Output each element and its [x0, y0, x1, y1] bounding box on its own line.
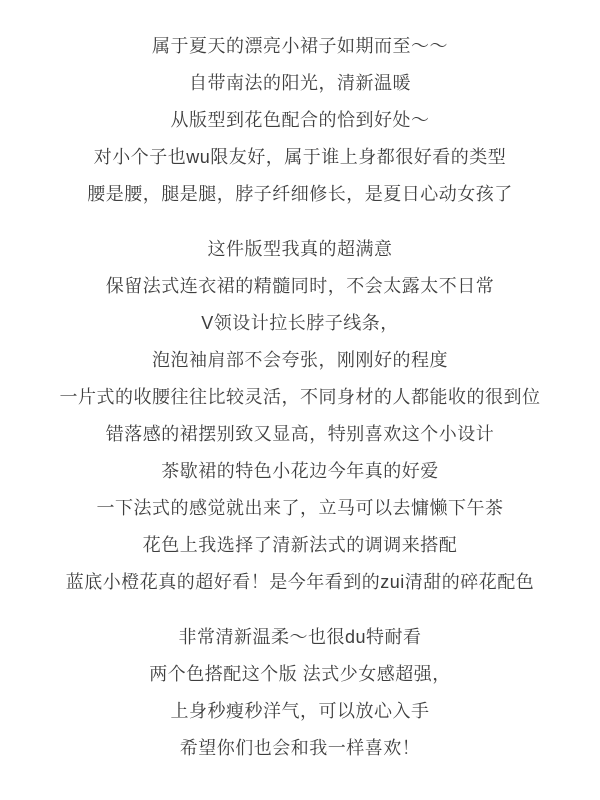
- text-line: 属于夏天的漂亮小裙子如期而至～～: [0, 28, 600, 65]
- text-line: 一下法式的感觉就出来了，立马可以去慵懒下午茶: [0, 490, 600, 527]
- text-line: 自带南法的阳光，清新温暖: [0, 65, 600, 102]
- text-line: 两个色搭配这个版 法式少女感超强，: [0, 656, 600, 693]
- text-line: 茶歇裙的特色小花边今年真的好爱: [0, 453, 600, 490]
- text-line: 腰是腰，腿是腿，脖子纤细修长，是夏日心动女孩了: [0, 176, 600, 213]
- description-text-block: 属于夏天的漂亮小裙子如期而至～～ 自带南法的阳光，清新温暖 从版型到花色配合的恰…: [0, 0, 600, 767]
- text-line: 保留法式连衣裙的精髓同时，不会太露太不日常: [0, 268, 600, 305]
- text-line: 从版型到花色配合的恰到好处～: [0, 102, 600, 139]
- paragraph-closing: 非常清新温柔～也很du特耐看 两个色搭配这个版 法式少女感超强， 上身秒瘦秒洋气…: [0, 619, 600, 767]
- paragraph-fit-details: 这件版型我真的超满意 保留法式连衣裙的精髓同时，不会太露太不日常 V领设计拉长脖…: [0, 231, 600, 601]
- text-line: 一片式的收腰往往比较灵活，不同身材的人都能收的很到位: [0, 379, 600, 416]
- text-line: 上身秒瘦秒洋气，可以放心入手: [0, 693, 600, 730]
- text-line: 希望你们也会和我一样喜欢！: [0, 730, 600, 767]
- text-line: 蓝底小橙花真的超好看！是今年看到的zui清甜的碎花配色: [0, 564, 600, 601]
- text-line: 这件版型我真的超满意: [0, 231, 600, 268]
- text-line: V领设计拉长脖子线条，: [0, 305, 600, 342]
- text-line: 错落感的裙摆别致又显高，特别喜欢这个小设计: [0, 416, 600, 453]
- text-line: 泡泡袖肩部不会夸张，刚刚好的程度: [0, 342, 600, 379]
- product-description-page: 属于夏天的漂亮小裙子如期而至～～ 自带南法的阳光，清新温暖 从版型到花色配合的恰…: [0, 0, 600, 800]
- text-line: 对小个子也wu限友好，属于谁上身都很好看的类型: [0, 139, 600, 176]
- text-line: 花色上我选择了清新法式的调调来搭配: [0, 527, 600, 564]
- paragraph-intro: 属于夏天的漂亮小裙子如期而至～～ 自带南法的阳光，清新温暖 从版型到花色配合的恰…: [0, 28, 600, 213]
- text-line: 非常清新温柔～也很du特耐看: [0, 619, 600, 656]
